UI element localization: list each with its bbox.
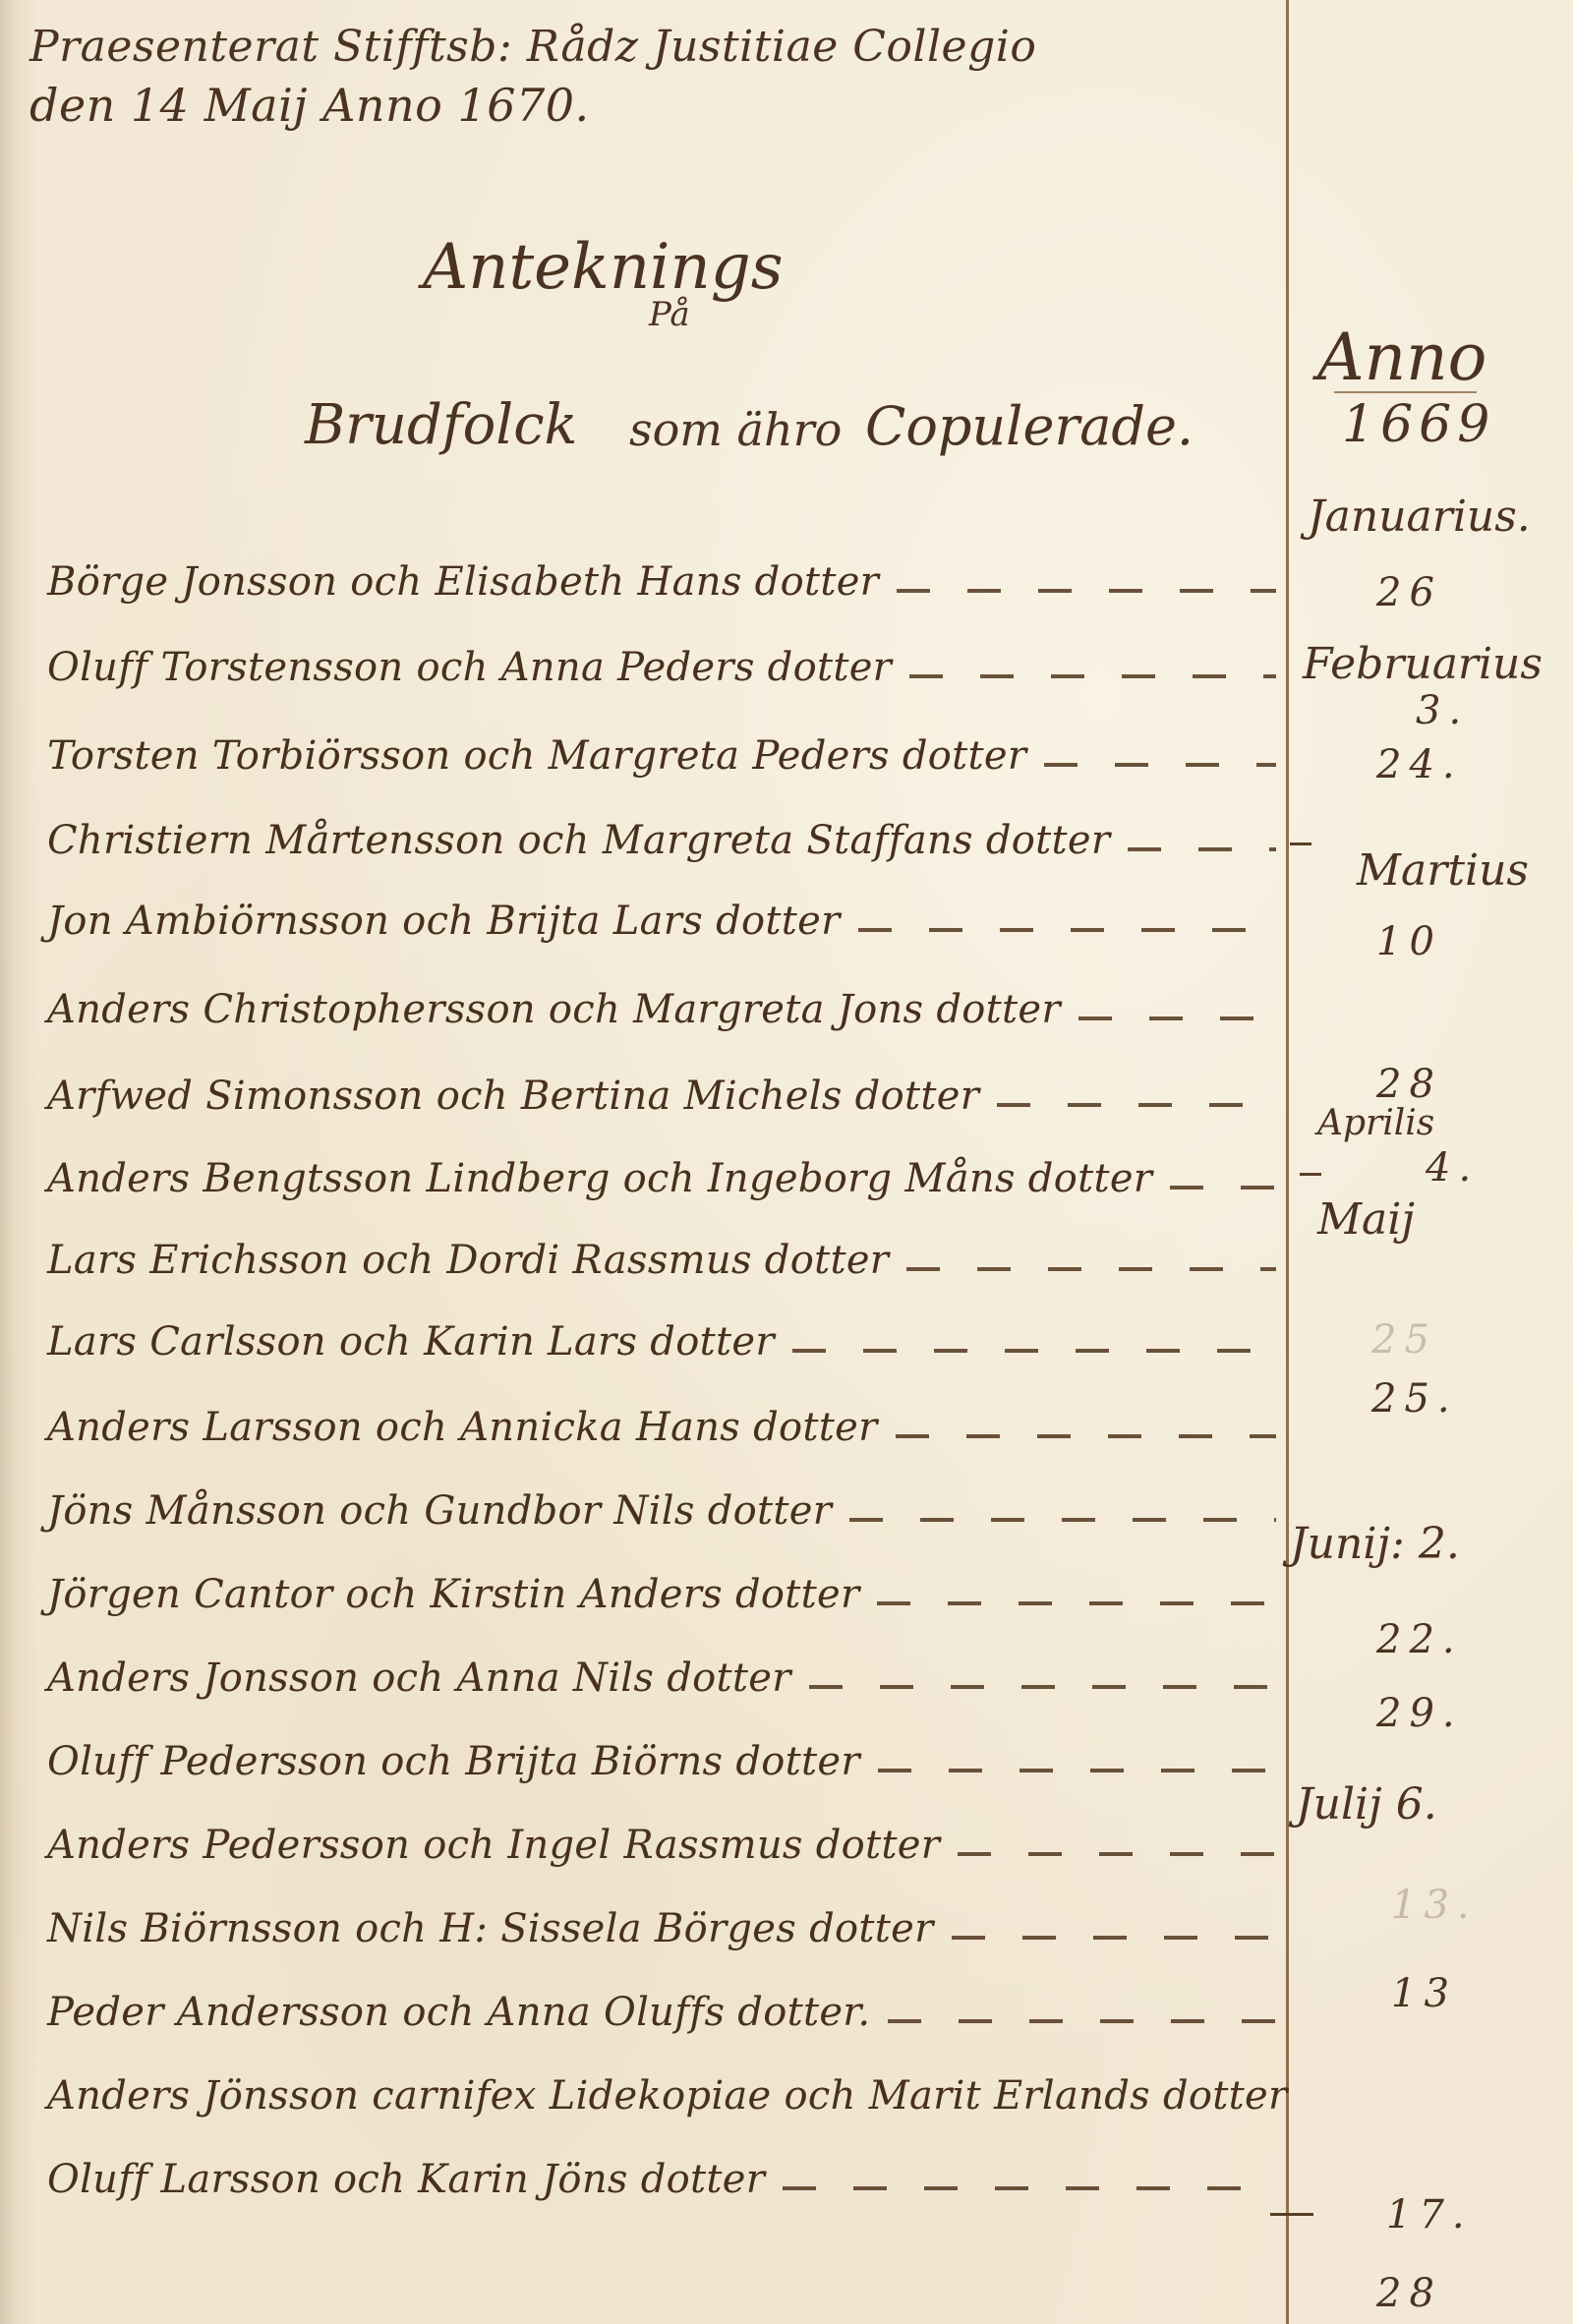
dash-leader <box>858 928 1277 932</box>
day-label: 25. <box>1371 1376 1458 1422</box>
couple-names: Jörgen Cantor och Kirstin Anders dotter <box>47 1572 859 1617</box>
dash-leader <box>1170 1186 1276 1190</box>
register-entry: Anders Jonsson och Anna Nils dotter <box>47 1632 1276 1701</box>
couple-names: Arfwed Simonsson och Bertina Michels dot… <box>47 1074 979 1119</box>
month-label: Maij <box>1317 1194 1415 1245</box>
title-word-copulerade: Copulerade. <box>865 395 1194 457</box>
couple-names: Anders Bengtsson Lindberg och Ingeborg M… <box>47 1156 1152 1201</box>
dash-leader <box>849 1518 1276 1522</box>
register-entry: Lars Erichsson och Dordi Rassmus dotter <box>47 1214 1276 1283</box>
title-word-som-ahro: som ähro <box>629 403 842 456</box>
day-label: 28 <box>1376 1062 1442 1107</box>
day-label: 13 <box>1391 1971 1457 2016</box>
day-label: 28 <box>1376 2271 1442 2316</box>
couple-names: Anders Jonsson och Anna Nils dotter <box>47 1656 791 1701</box>
couple-names: Oluff Torstensson och Anna Peders dotter <box>47 645 892 690</box>
dash-leader <box>1044 763 1276 767</box>
day-label: 25 <box>1371 1317 1437 1363</box>
couple-names: Börge Jonsson och Elisabeth Hans dotter <box>47 559 879 605</box>
register-entry: Oluff Larsson och Karin Jöns dotter <box>47 2133 1276 2202</box>
dash-leader <box>909 674 1276 678</box>
register-entry: Jörgen Cantor och Kirstin Anders dotter <box>47 1548 1276 1617</box>
register-entry: Nils Biörnsson och H: Sissela Börges dot… <box>47 1883 1276 1951</box>
register-entry: Arfwed Simonsson och Bertina Michels dot… <box>47 1050 1276 1119</box>
register-entry: Anders Larsson och Annicka Hans dotter <box>47 1381 1276 1450</box>
day-label: 24. <box>1376 742 1463 787</box>
month-label: Junij: 2. <box>1290 1519 1460 1569</box>
register-entry: Oluff Pedersson och Brijta Biörns dotter <box>47 1715 1276 1784</box>
couple-names: Oluff Pedersson och Brijta Biörns dotter <box>47 1739 860 1784</box>
dash-leader <box>896 1434 1276 1438</box>
dash-leader <box>783 2186 1276 2190</box>
day-label: 10 <box>1376 919 1442 964</box>
year-underline <box>1334 391 1477 393</box>
register-entry: Anders Christophersson och Margreta Jons… <box>47 963 1276 1032</box>
month-label: Januarius. <box>1308 492 1531 542</box>
dash-leader <box>958 1852 1276 1856</box>
register-entry: Christiern Mårtensson och Margreta Staff… <box>47 794 1276 863</box>
day-label: 26 <box>1376 570 1442 615</box>
dash-leader <box>897 589 1276 593</box>
title-line-1: Anteknings <box>423 231 784 304</box>
day-label: 13. <box>1391 1883 1478 1928</box>
couple-names: Anders Jönsson carnifex Lidekopiae och M… <box>47 2073 1287 2119</box>
year-label: 1669 <box>1342 395 1495 454</box>
dash-leader <box>878 1769 1276 1772</box>
couple-names: Oluff Larsson och Karin Jöns dotter <box>47 2157 765 2202</box>
day-label: 3. <box>1416 688 1469 733</box>
month-label: Martius <box>1357 845 1529 896</box>
dash-leader <box>952 1936 1276 1940</box>
register-entry: Peder Andersson och Anna Oluffs dotter. <box>47 1966 1276 2035</box>
day-label: 22. <box>1376 1617 1463 1662</box>
dash-leader <box>997 1103 1276 1107</box>
couple-names: Torsten Torbiörsson och Margreta Peders … <box>47 733 1026 779</box>
month-label: Februarius <box>1303 639 1543 689</box>
day-label: 29. <box>1376 1691 1463 1736</box>
couple-names: Lars Erichsson och Dordi Rassmus dotter <box>47 1238 889 1283</box>
register-entry: Börge Jonsson och Elisabeth Hans dotter <box>47 536 1276 605</box>
couple-names: Anders Christophersson och Margreta Jons… <box>47 987 1061 1032</box>
couple-names: Jon Ambiörnsson och Brijta Lars dotter <box>47 899 841 944</box>
month-label: Julij 6. <box>1296 1779 1437 1830</box>
register-entry: Anders Jönsson carnifex Lidekopiae och M… <box>47 2050 1276 2119</box>
register-entry: Lars Carlsson och Karin Lars dotter <box>47 1296 1276 1365</box>
couple-names: Peder Andersson och Anna Oluffs dotter. <box>47 1990 870 2035</box>
presentation-note-line-1: Praesenterat Stifftsb: Rådz Justitiae Co… <box>29 22 1036 72</box>
title-connector: På <box>649 295 690 334</box>
dash-leader <box>1078 1017 1276 1020</box>
day-label: 4. <box>1426 1145 1479 1191</box>
register-entry: Jöns Månsson och Gundbor Nils dotter <box>47 1465 1276 1534</box>
dash-leader <box>1128 847 1276 851</box>
rule-tick <box>1300 1173 1321 1176</box>
manuscript-page: Praesenterat Stifftsb: Rådz Justitiae Co… <box>0 0 1573 2324</box>
register-entry: Torsten Torbiörsson och Margreta Peders … <box>47 710 1276 779</box>
couple-names: Lars Carlsson och Karin Lars dotter <box>47 1319 775 1365</box>
dash-leader <box>877 1601 1276 1605</box>
day-label: 17. <box>1386 2192 1473 2237</box>
couple-names: Anders Larsson och Annicka Hans dotter <box>47 1405 878 1450</box>
title-word-brudfolck: Brudfolck <box>305 393 577 457</box>
rule-tick <box>1290 842 1311 845</box>
dash-leader <box>809 1685 1276 1689</box>
margin-rule <box>1286 0 1289 2324</box>
presentation-note-line-2: den 14 Maij Anno 1670. <box>29 79 590 132</box>
couple-names: Anders Pedersson och Ingel Rassmus dotte… <box>47 1823 940 1868</box>
register-entry: Oluff Torstensson och Anna Peders dotter <box>47 621 1276 690</box>
couple-names: Nils Biörnsson och H: Sissela Börges dot… <box>47 1906 934 1951</box>
month-label: Aprilis <box>1317 1103 1434 1143</box>
anno-label: Anno <box>1317 320 1486 395</box>
register-entry: Anders Bengtsson Lindberg och Ingeborg M… <box>47 1133 1276 1201</box>
rule-tick <box>1270 2213 1313 2216</box>
dash-leader <box>888 2019 1276 2023</box>
register-entry: Jon Ambiörnsson och Brijta Lars dotter <box>47 875 1276 944</box>
dash-leader <box>906 1267 1276 1271</box>
couple-names: Christiern Mårtensson och Margreta Staff… <box>47 818 1110 863</box>
register-entry: Anders Pedersson och Ingel Rassmus dotte… <box>47 1799 1276 1868</box>
couple-names: Jöns Månsson och Gundbor Nils dotter <box>47 1488 832 1534</box>
dash-leader <box>792 1349 1276 1353</box>
